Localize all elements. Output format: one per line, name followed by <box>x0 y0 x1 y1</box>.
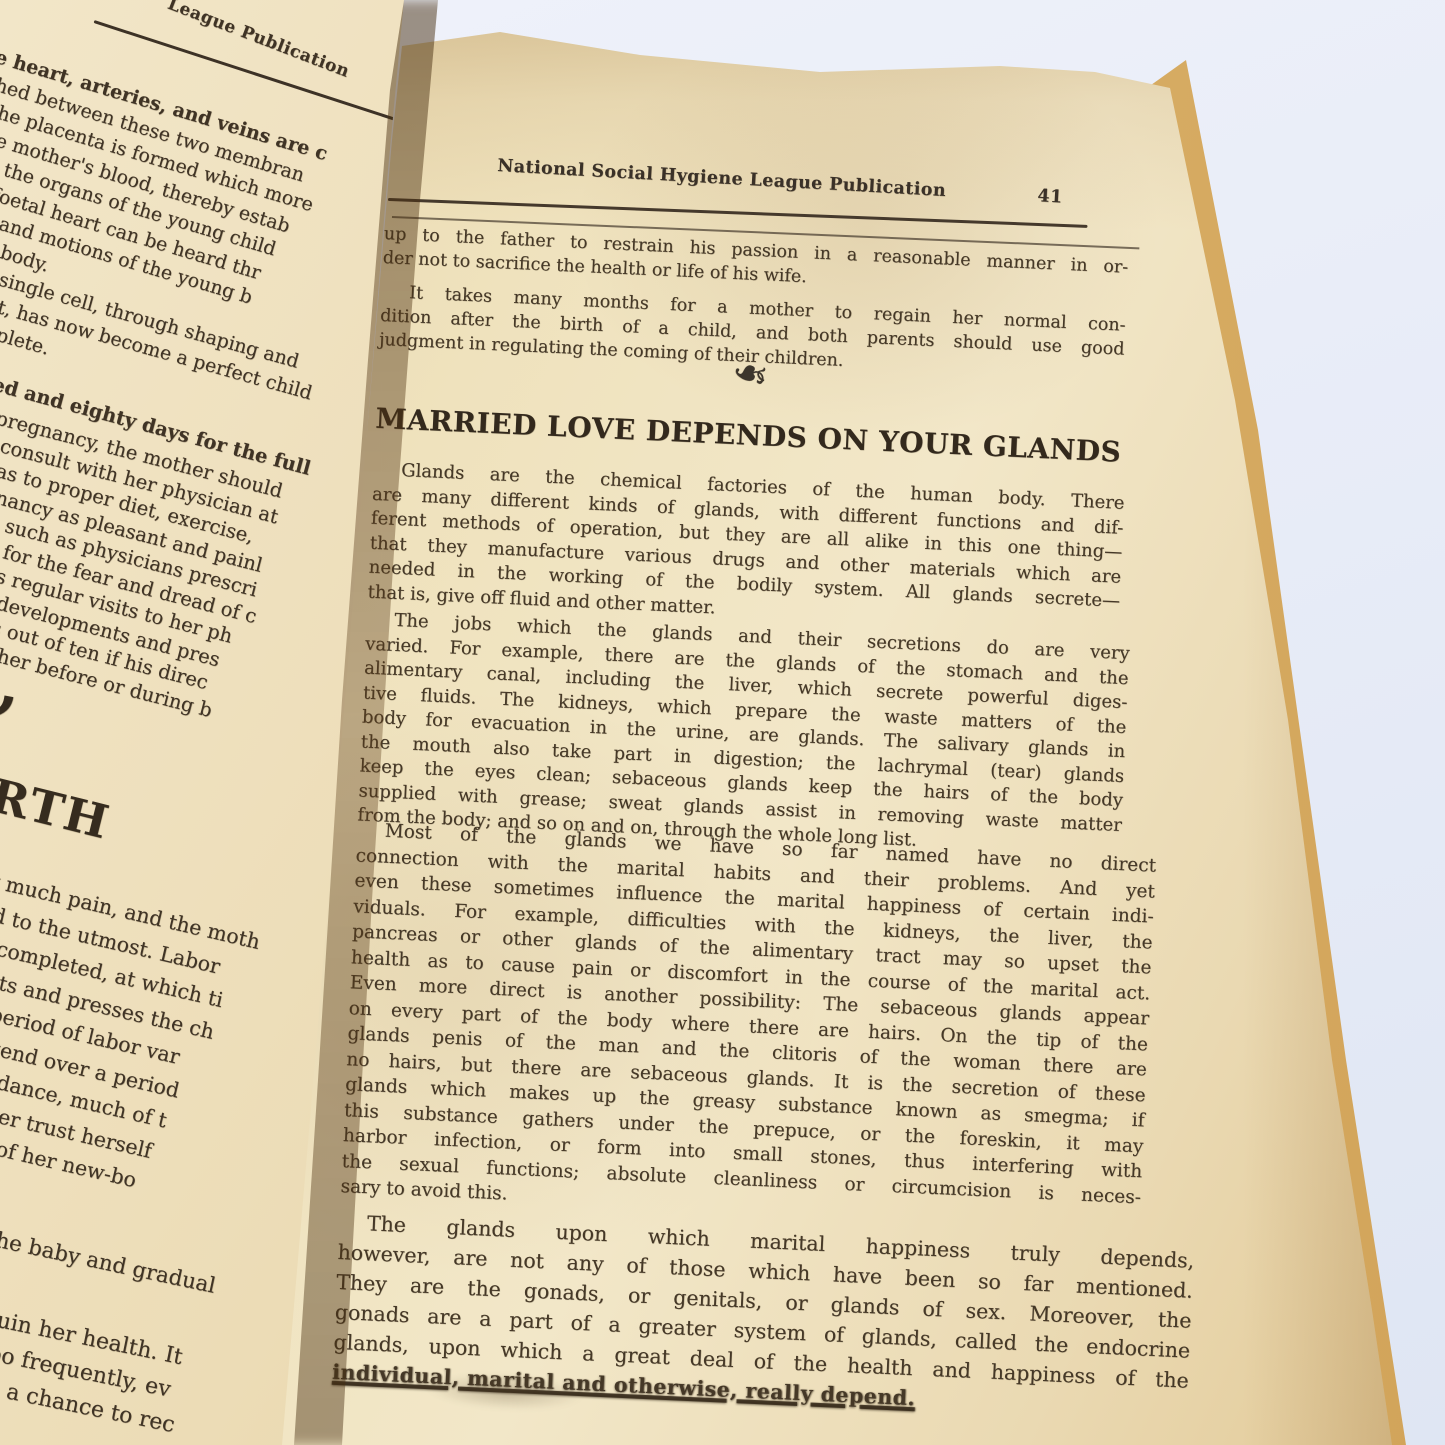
paragraph: Most of the glands we have so far named … <box>340 817 1157 1235</box>
section-heading: MARRIED LOVE DEPENDS ON YOUR GLANDS <box>375 402 1121 469</box>
flourish-fragment-icon: , <box>0 646 28 724</box>
leaf-ornament-icon: ❧ <box>725 345 775 404</box>
right-page-text: up to the father to restrain his passion… <box>331 210 1145 1443</box>
left-text-block: the baby and gradual <box>0 1226 218 1299</box>
left-text-block: ruin her health. Ittoo frequently, even … <box>0 1302 191 1443</box>
right-page-header: National Social Hygiene League Publicati… <box>497 156 1063 208</box>
book-photo: League Publication he heart, arteries, a… <box>0 0 1445 1445</box>
paragraph: Glands are the chemical factories of the… <box>367 458 1125 639</box>
left-text-block: y much pain, and the mothed to the utmos… <box>0 864 263 1212</box>
left-heading-fragment: RTH <box>0 768 116 850</box>
left-page-header-fragment: League Publication <box>165 0 352 82</box>
running-title: National Social Hygiene League Publicati… <box>497 156 947 201</box>
page-number: 41 <box>1037 186 1063 207</box>
text-line: the baby and gradual <box>0 1226 218 1299</box>
